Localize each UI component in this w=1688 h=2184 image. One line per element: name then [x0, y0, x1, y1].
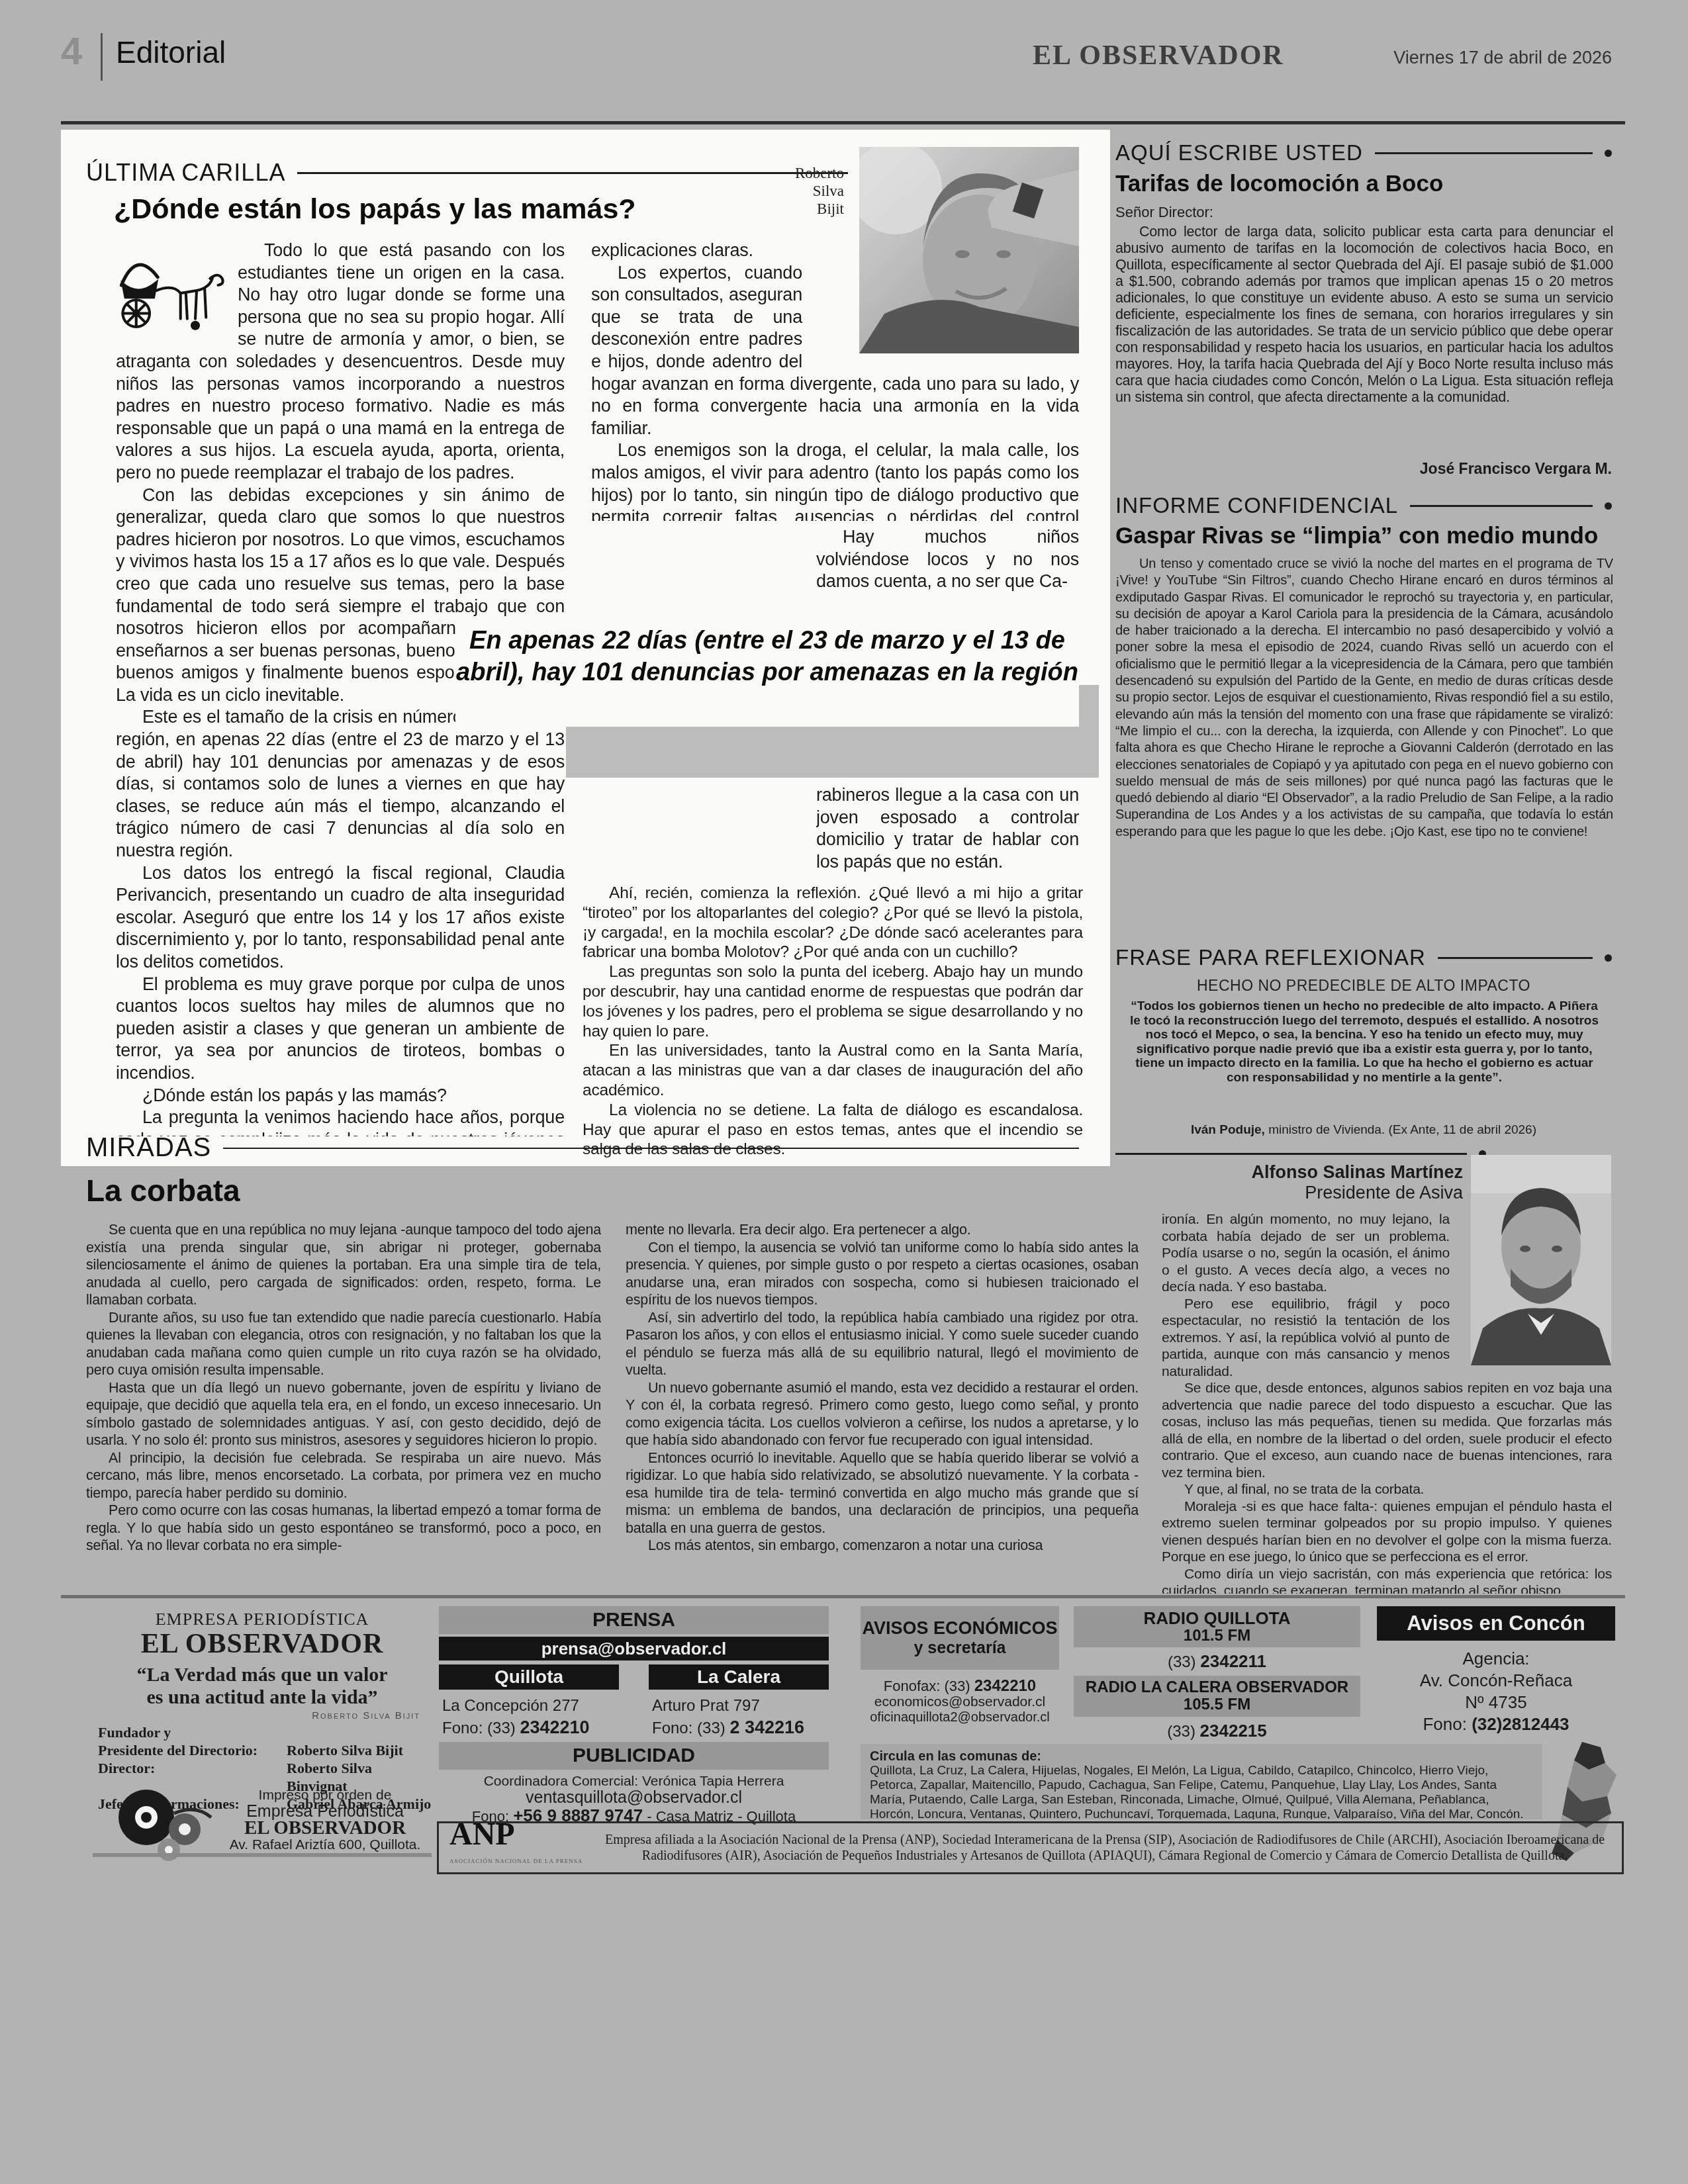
miradas-title: La corbata	[86, 1173, 240, 1208]
radio-name: RADIO QUILLOTA	[1144, 1609, 1291, 1628]
paragraph: Los datos los entregó la fiscal regional…	[116, 862, 565, 974]
concon-line: Nº 4735	[1377, 1692, 1615, 1713]
concon-agency-block: Agencia: Av. Concón-Reñaca Nº 4735 Fono:…	[1377, 1648, 1615, 1735]
avisos-email-1: economicos@observador.cl	[855, 1694, 1064, 1710]
miradas-column-3: ironía. En algún momento, no muy lejano,…	[1162, 1211, 1612, 1594]
publicidad-bar: PUBLICIDAD	[439, 1742, 829, 1770]
paragraph: Al principio, la decisión fue celebrada.…	[86, 1449, 601, 1502]
circulation-panel: Circula en las comunas de: Quillota, La …	[861, 1744, 1542, 1819]
prensa-email-bar: prensa@observador.cl	[439, 1637, 829, 1661]
company-bottom-rule	[93, 1853, 432, 1857]
anp-affiliation-box: ANP ASOCIACIÓN NACIONAL DE LA PRENSA Emp…	[437, 1821, 1624, 1874]
informe-kicker-row: INFORME CONFIDENCIAL	[1115, 493, 1612, 518]
ultima-column-2: explicaciones claras. Los expertos, cuan…	[591, 240, 1079, 521]
informe-title: Gaspar Rivas se “limpia” con medio mundo	[1115, 523, 1598, 549]
anp-logo-subtext: ASOCIACIÓN NACIONAL DE LA PRENSA	[449, 1848, 583, 1874]
carriage-illustration	[116, 244, 227, 338]
miradas-column-2: mente no llevarla. Era decir algo. Era p…	[626, 1221, 1139, 1592]
office-address: Arturo Prat 797	[652, 1696, 804, 1717]
letter-kicker-line	[1375, 152, 1593, 154]
paragraph: Hasta que un día llegó un nuevo gobernan…	[86, 1379, 601, 1449]
printed-line: EL OBSERVADOR	[218, 1820, 432, 1837]
masthead: EL OBSERVADOR	[1033, 40, 1284, 71]
author-photo-caption: Roberto Silva Bijit	[715, 164, 844, 218]
role-label: Fundador y	[98, 1723, 287, 1741]
paragraph: Se cuenta que en una república no muy le…	[86, 1221, 601, 1309]
radio-freq: 105.5 FM	[1184, 1696, 1250, 1713]
radio-quillota-phone: (33) 2342211	[1074, 1651, 1360, 1672]
caption-line: Bijit	[715, 200, 844, 218]
letter-kicker: AQUÍ ESCRIBE USTED	[1115, 140, 1363, 165]
dateline: Viernes 17 de abril de 2026	[1370, 48, 1612, 68]
miradas-author-title: Presidente de Asiva	[1112, 1183, 1463, 1203]
avisos-email-2: oficinaquillota2@observador.cl	[853, 1710, 1067, 1725]
avisos-title1: AVISOS ECONÓMICOS	[862, 1618, 1057, 1639]
prensa-bar: PRENSA	[439, 1606, 829, 1634]
paragraph: El problema es muy grave porque por culp…	[116, 974, 565, 1085]
ultima-headline: ¿Dónde están los papás y las mamás?	[114, 193, 636, 226]
paragraph: Pero como ocurre con las cosas humanas, …	[86, 1502, 601, 1555]
avisos-bar: AVISOS ECONÓMICOS y secretaría	[861, 1606, 1059, 1670]
office-address: La Concepción 277	[442, 1696, 590, 1717]
phone-number: (32)2812443	[1472, 1714, 1569, 1734]
phone-label: Fono: (33)	[442, 1719, 520, 1737]
footer-rule	[61, 1595, 1625, 1598]
radio-quillota-bar: RADIO QUILLOTA 101.5 FM	[1074, 1606, 1360, 1647]
miradas-author: Alfonso Salinas Martínez	[1112, 1162, 1463, 1183]
paragraph: Un nuevo gobernante asumió el mando, est…	[626, 1379, 1139, 1449]
office-phone: Fono: (33) 2342210	[442, 1717, 590, 1739]
ultima-kicker: ÚLTIMA CARILLA	[86, 159, 285, 187]
company-motto-line1: “La Verdad más que un valor	[93, 1664, 432, 1686]
paragraph: Como lector de larga data, solicito publ…	[1115, 224, 1613, 406]
frase-kicker-line	[1438, 957, 1593, 959]
attribution-name: Iván Poduje,	[1191, 1123, 1265, 1137]
printed-line: Av. Rafael Ariztía 600, Quillota.	[218, 1837, 432, 1853]
motto-author: Roberto Silva Bijit	[93, 1710, 420, 1721]
circulation-body: Quillota, La Cruz, La Calera, Hijuelas, …	[870, 1764, 1533, 1819]
company-motto-line2: es una actitud ante la vida”	[93, 1686, 432, 1709]
informe-kicker-line	[1410, 505, 1593, 507]
miradas-divider-row	[1115, 1150, 1486, 1158]
ultima-column-3b: rabineros llegue a la casa con un joven …	[816, 784, 1079, 880]
letter-body: Como lector de larga data, solicito publ…	[1115, 224, 1613, 454]
publicidad-email: ventasquillota@observador.cl	[439, 1788, 829, 1807]
anp-logo: ANP ASOCIACIÓN NACIONAL DE LA PRENSA	[449, 1821, 583, 1874]
informe-kicker: INFORME CONFIDENCIAL	[1115, 493, 1398, 518]
paragraph: La pregunta la venimos haciendo hace año…	[116, 1107, 565, 1136]
office-lacalera-bar: La Calera	[649, 1664, 829, 1690]
paragraph: Un tenso y comentado cruce se vivió la n…	[1115, 556, 1613, 841]
paragraph: Las preguntas son solo la punta del iceb…	[583, 962, 1083, 1041]
paragraph: Hay muchos niños volviéndose locos y no …	[816, 526, 1079, 593]
header-divider	[101, 33, 103, 81]
printed-by-block: Impreso por órden de Empresa Periodístic…	[218, 1787, 432, 1853]
letter-title: Tarifas de locomoción a Boco	[1115, 171, 1443, 197]
phone-label: (33)	[1168, 1653, 1200, 1671]
company-name: EL OBSERVADOR	[93, 1628, 432, 1660]
paragraph: Con el tiempo, la ausencia se volvió tan…	[626, 1239, 1139, 1309]
paragraph: Los más atentos, sin embargo, comenzaron…	[626, 1537, 1139, 1555]
frase-kicker-dot	[1605, 954, 1612, 962]
photo-wrap-spacer	[802, 240, 1079, 357]
frase-subhead: HECHO NO PREDECIBLE DE ALTO IMPACTO	[1115, 977, 1612, 995]
paragraph: mente no llevarla. Era decir algo. Era p…	[626, 1221, 1139, 1239]
office-quillota-bar: Quillota	[439, 1664, 619, 1690]
printed-line: Impreso por órden de	[218, 1787, 432, 1803]
newspaper-page: 4 Editorial EL OBSERVADOR Viernes 17 de …	[0, 0, 1688, 2184]
phone-label: Fono: (33)	[652, 1719, 729, 1737]
phone-label: Fono:	[1423, 1714, 1472, 1734]
frase-kicker: FRASE PARA REFLEXIONAR	[1115, 945, 1426, 970]
role-row: Fundador y	[98, 1723, 432, 1741]
miradas-kicker: MIRADAS	[86, 1133, 211, 1163]
phone-number: 2342210	[520, 1717, 589, 1737]
phone-number: 2342210	[974, 1677, 1036, 1695]
role-value: Roberto Silva Bijit	[287, 1741, 403, 1759]
paragraph: En las universidades, tanto la Austral c…	[583, 1041, 1083, 1100]
circulation-title: Circula en las comunas de:	[870, 1749, 1533, 1764]
paragraph: Como diría un viejo sacristán, con más e…	[1162, 1566, 1612, 1594]
office-quillota-info: La Concepción 277 Fono: (33) 2342210	[442, 1696, 590, 1739]
radio-name: RADIO LA CALERA OBSERVADOR	[1086, 1679, 1348, 1696]
paragraph: Y que, al final, no se trata de la corba…	[1162, 1481, 1612, 1498]
role-row: Presidente del Directorio:Roberto Silva …	[98, 1741, 432, 1759]
frase-attribution: Iván Poduje, ministro de Vivienda. (Ex A…	[1115, 1123, 1612, 1138]
phone-number: 2 342216	[729, 1717, 804, 1737]
miradas-kicker-line	[223, 1148, 1079, 1149]
attribution-rest: ministro de Vivienda. (Ex Ante, 11 de ab…	[1265, 1123, 1536, 1137]
concon-phone: Fono: (32)2812443	[1377, 1713, 1615, 1735]
paragraph: Ahí, recién, comienza la reflexión. ¿Qué…	[583, 884, 1083, 962]
paragraph: Este es el tamaño de la crisis en número…	[116, 706, 565, 862]
pull-quote: En apenas 22 días (entre el 23 de marzo …	[455, 621, 1079, 688]
informe-body: Un tenso y comentado cruce se vivió la n…	[1115, 556, 1613, 931]
office-lacalera-info: Arturo Prat 797 Fono: (33) 2 342216	[652, 1696, 804, 1739]
concon-line: Av. Concón-Reñaca	[1377, 1670, 1615, 1692]
avisos-title2: y secretaría	[914, 1639, 1006, 1658]
frase-quote: “Todos los gobiernos tienen un hecho no …	[1125, 999, 1603, 1085]
photo-wrap-spacer	[1450, 1211, 1612, 1369]
role-label: Presidente del Directorio:	[98, 1741, 287, 1759]
paragraph: Entonces ocurrió lo inevitable. Aquello …	[626, 1449, 1139, 1537]
radio-lacalera-bar: RADIO LA CALERA OBSERVADOR 105.5 FM	[1074, 1676, 1360, 1717]
paragraph: rabineros llegue a la casa con un joven …	[816, 784, 1079, 873]
page-number: 4	[61, 29, 82, 73]
paragraph: Se dice que, desde entonces, algunos sab…	[1162, 1380, 1612, 1481]
frase-kicker-row: FRASE PARA REFLEXIONAR	[1115, 945, 1612, 970]
radio-freq: 101.5 FM	[1184, 1627, 1250, 1645]
header-rule	[61, 121, 1625, 124]
anp-logo-text: ANP	[449, 1817, 515, 1852]
anp-affiliation-text: Empresa afiliada a la Asociación Naciona…	[598, 1832, 1611, 1864]
paragraph: Moraleja -si es que hace falta-: quienes…	[1162, 1498, 1612, 1566]
concon-line: Agencia:	[1377, 1648, 1615, 1670]
paragraph: Así, sin advertirlo del todo, la repúbli…	[626, 1309, 1139, 1379]
paragraph: Los enemigos son la droga, el celular, l…	[591, 439, 1079, 521]
miradas-kicker-row: MIRADAS	[86, 1133, 1079, 1163]
paragraph: ¿Dónde están los papás y las mamás?	[116, 1085, 565, 1107]
pullquote-box: En apenas 22 días (entre el 23 de marzo …	[455, 621, 1079, 727]
ultima-column-3a: Hay muchos niños volviéndose locos y no …	[816, 526, 1079, 604]
company-kicker: EMPRESA PERIODÍSTICA	[93, 1610, 432, 1629]
letter-kicker-dot	[1605, 150, 1612, 157]
paragraph: Durante años, su uso fue tan extendido q…	[86, 1309, 601, 1379]
letter-kicker-row: AQUÍ ESCRIBE USTED	[1115, 140, 1612, 165]
miradas-column-1: Se cuenta que en una república no muy le…	[86, 1221, 601, 1592]
informe-kicker-dot	[1605, 502, 1612, 510]
printing-press-logo	[116, 1787, 215, 1861]
ultima-column-4: Ahí, recién, comienza la reflexión. ¿Qué…	[583, 884, 1083, 1164]
miradas-byline: Alfonso Salinas Martínez Presidente de A…	[1112, 1162, 1463, 1203]
radio-lacalera-phone: (33) 2342215	[1074, 1721, 1360, 1741]
caption-line: Silva	[715, 182, 844, 200]
letter-signature: José Francisco Vergara M.	[1115, 460, 1612, 478]
phone-number: 2342215	[1200, 1721, 1267, 1741]
concon-bar: Avisos en Concón	[1377, 1606, 1615, 1641]
phone-label: Fonofax: (33)	[884, 1678, 974, 1694]
miradas-divider-line	[1115, 1153, 1467, 1155]
letter-salutation: Señor Director:	[1115, 204, 1213, 221]
section-title: Editorial	[116, 34, 226, 70]
phone-number: 2342211	[1200, 1651, 1266, 1671]
caption-line: Roberto	[715, 164, 844, 182]
avisos-fonofax: Fonofax: (33) 2342210	[857, 1677, 1062, 1696]
phone-label: (33)	[1167, 1723, 1199, 1741]
publicidad-coordinator: Coordinadora Comercial: Verónica Tapia H…	[439, 1774, 829, 1790]
office-phone: Fono: (33) 2 342216	[652, 1717, 804, 1739]
